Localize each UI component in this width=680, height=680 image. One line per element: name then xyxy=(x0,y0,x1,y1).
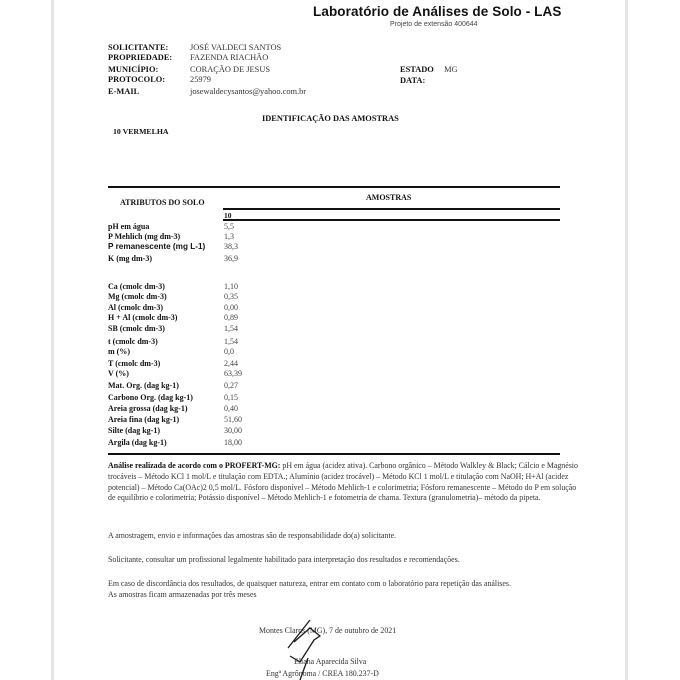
attribute-value: 51,60 xyxy=(224,415,242,424)
note-storage: As amostras ficam armazenadas por três m… xyxy=(108,590,588,601)
attribute-label: K (mg dm-3) xyxy=(108,254,152,263)
lab-title: Laboratório de Análises de Solo - LAS xyxy=(313,4,562,19)
attributes-header: ATRIBUTOS DO SOLO xyxy=(120,198,205,207)
signer-name: Eliana Aparecida Silva xyxy=(294,657,366,666)
attribute-label: Silte (dag kg-1) xyxy=(108,426,160,435)
attribute-value: 0,00 xyxy=(224,303,238,312)
attribute-value: 0,27 xyxy=(224,381,238,390)
attribute-value: 5,5 xyxy=(224,222,234,231)
attribute-label: Carbono Org. (dag kg-1) xyxy=(108,393,193,402)
info-row-municipio: MUNICÍPIO: CORAÇÃO DE JESUS xyxy=(108,65,408,75)
attribute-value: 0,35 xyxy=(224,292,238,301)
info-label: PROPRIEDADE: xyxy=(108,53,172,64)
attribute-label: Areia fina (dag kg-1) xyxy=(108,415,179,424)
attribute-label: pH em água xyxy=(108,222,149,231)
info-row-solicitante: SOLICITANTE: JOSÉ VALDECI SANTOS xyxy=(108,43,408,53)
info-value: JOSÉ VALDECI SANTOS xyxy=(190,43,281,54)
info-row-protocolo: PROTOCOLO: 25979 xyxy=(108,75,408,85)
requester-info: SOLICITANTE: JOSÉ VALDECI SANTOS PROPRIE… xyxy=(108,43,408,103)
project-subtitle: Projeto de extensão 400644 xyxy=(390,21,478,28)
info-label: SOLICITANTE: xyxy=(108,43,168,54)
info-label: PROTOCOLO: xyxy=(108,75,165,86)
note-consult: Solicitante, consultar um profissional l… xyxy=(108,555,588,566)
methods-paragraph: Análise realizada de acordo com o PROFER… xyxy=(108,461,578,504)
attribute-label: t (cmolc dm-3) xyxy=(108,337,158,346)
attribute-label: H + Al (cmolc dm-3) xyxy=(108,313,177,322)
attribute-value: 2,44 xyxy=(224,359,238,368)
note-responsibility: A amostragem, envio e informações das am… xyxy=(108,531,588,542)
attribute-label: V (%) xyxy=(108,369,129,378)
info-label: E-MAIL xyxy=(108,87,139,98)
attribute-label: Mg (cmolc dm-3) xyxy=(108,292,167,301)
info-value: FAZENDA RIACHÃO xyxy=(190,53,268,64)
samples-header-rule xyxy=(223,208,560,210)
state-block: ESTADO MG DATA: xyxy=(400,65,458,86)
info-value: 25979 xyxy=(190,75,211,86)
attribute-value: 0,40 xyxy=(224,404,238,413)
info-value: josewaldecysantos@yahoo.com.br xyxy=(190,87,306,98)
page-edge-right xyxy=(625,0,628,680)
attribute-value: 63,39 xyxy=(224,369,242,378)
column-header-rule xyxy=(223,219,560,221)
info-row-email: E-MAIL josewaldecysantos@yahoo.com.br xyxy=(108,87,408,97)
attribute-value: 1,54 xyxy=(224,337,238,346)
attribute-value: 1,10 xyxy=(224,282,238,291)
info-label: MUNICÍPIO: xyxy=(108,65,158,76)
attribute-label: m (%) xyxy=(108,347,130,356)
attribute-value: 30,00 xyxy=(224,426,242,435)
info-row-propriedade: PROPRIEDADE: FAZENDA RIACHÃO xyxy=(108,53,408,63)
table-bottom-rule xyxy=(108,453,560,455)
attribute-value: 1,3 xyxy=(224,232,234,241)
attribute-label: SB (cmolc dm-3) xyxy=(108,324,165,333)
methods-lead: Análise realizada de acordo com o PROFER… xyxy=(108,461,280,470)
table-top-rule xyxy=(108,186,560,188)
attribute-value: 0,0 xyxy=(224,347,234,356)
info-value: CORAÇÃO DE JESUS xyxy=(190,65,270,76)
attribute-label: Ca (cmolc dm-3) xyxy=(108,282,165,291)
attribute-label: Areia grossa (dag kg-1) xyxy=(108,404,187,413)
state-value: MG xyxy=(444,65,458,74)
attribute-label: P remanescente (mg L-1) xyxy=(108,242,205,251)
attribute-label: Mat. Org. (dag kg-1) xyxy=(108,381,179,390)
attribute-value: 1,54 xyxy=(224,324,238,333)
place-date: Montes Claros (MG), 7 de outubro de 2021 xyxy=(259,626,396,635)
attribute-value: 0,89 xyxy=(224,313,238,322)
page-edge-left xyxy=(51,0,54,680)
attribute-label: T (cmolc dm-3) xyxy=(108,359,160,368)
attribute-value: 0,15 xyxy=(224,393,238,402)
attribute-value: 36,9 xyxy=(224,254,238,263)
attribute-value: 38,3 xyxy=(224,242,238,251)
sample-identification: 10 VERMELHA xyxy=(113,127,169,136)
signer-role: Engª Agrônoma / CREA 180.237-D xyxy=(266,669,379,678)
attribute-label: Al (cmolc dm-3) xyxy=(108,303,163,312)
attribute-label: P Mehlich (mg dm-3) xyxy=(108,232,180,241)
date-row: DATA: xyxy=(400,76,458,87)
state-label: ESTADO xyxy=(400,65,442,76)
attribute-label: Argila (dag kg-1) xyxy=(108,438,167,447)
attribute-value: 18,00 xyxy=(224,438,242,447)
identification-title: IDENTIFICAÇÃO DAS AMOSTRAS xyxy=(262,114,399,123)
note-discordance: Em caso de discordância dos resultados, … xyxy=(108,579,588,590)
date-label: DATA: xyxy=(400,76,442,87)
state-row: ESTADO MG xyxy=(400,65,458,76)
samples-header: AMOSTRAS xyxy=(366,193,411,202)
